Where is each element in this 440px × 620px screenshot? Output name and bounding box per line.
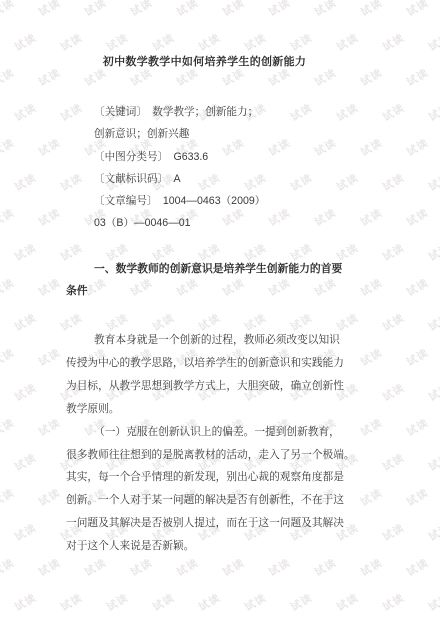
- watermark-text: 试读: [82, 555, 109, 579]
- watermark-text: 试读: [426, 590, 440, 614]
- watermark-text: 试读: [288, 100, 315, 124]
- watermark-text: 试读: [12, 380, 39, 404]
- article-metadata-block: 〔关键词〕 数学教学；创新能力；创新意识；创新兴趣〔中图分类号〕 G633.6〔…: [94, 101, 265, 235]
- text-line: 一、数学教师的创新意识是培养学生创新能力的首要: [66, 258, 356, 280]
- watermark-text: 试读: [312, 0, 339, 20]
- watermark-text: 试读: [404, 275, 431, 299]
- watermark-text: 试读: [36, 345, 63, 369]
- watermark-text: 试读: [0, 135, 17, 159]
- text-line: 教学原则。: [66, 398, 356, 421]
- text-line: 03（B）—0046—01: [94, 212, 265, 234]
- watermark-text: 试读: [266, 205, 293, 229]
- watermark-text: 试读: [380, 450, 407, 474]
- watermark-text: 试读: [150, 30, 177, 54]
- watermark-text: 试读: [334, 590, 361, 614]
- text-line: 〔中图分类号〕 G633.6: [94, 146, 265, 168]
- document-page: 试读试读试读试读试读试读试读试读试读试读试读试读试读试读试读试读试读试读试读试读…: [0, 0, 440, 620]
- watermark-text: 试读: [358, 485, 385, 509]
- watermark-text: 试读: [36, 555, 63, 579]
- watermark-text: 试读: [36, 485, 63, 509]
- watermark-text: 试读: [0, 555, 17, 579]
- watermark-text: 试读: [242, 30, 269, 54]
- text-line: 一问题及其解决是否被别人提过，而在于这一问题及其解决: [66, 512, 356, 535]
- watermark-text: 试读: [426, 240, 440, 264]
- watermark-text: 试读: [404, 345, 431, 369]
- watermark-text: 试读: [426, 520, 440, 544]
- watermark-text: 试读: [0, 205, 17, 229]
- paragraph-1: 教育本身就是一个创新的过程，教师必须改变以知识传授为中心的教学思路，以培养学生的…: [66, 329, 356, 421]
- text-line: 很多教师往往想到的是脱离教材的活动，走入了另一个极端。: [66, 444, 356, 467]
- watermark-text: 试读: [358, 0, 385, 20]
- watermark-text: 试读: [36, 135, 63, 159]
- watermark-text: 试读: [58, 170, 85, 194]
- watermark-text: 试读: [36, 0, 63, 20]
- text-line: 传授为中心的教学思路，以培养学生的创新意识和实践能力: [66, 352, 356, 375]
- watermark-text: 试读: [82, 0, 109, 20]
- text-line: 创新。一个人对于某一问题的解决是否有创新性，不在于这: [66, 489, 356, 512]
- watermark-text: 试读: [380, 310, 407, 334]
- watermark-text: 试读: [12, 170, 39, 194]
- watermark-text: 试读: [426, 450, 440, 474]
- watermark-text: 试读: [404, 0, 431, 20]
- watermark-text: 试读: [288, 30, 315, 54]
- text-line: （一）克服在创新认识上的偏差。一提到创新教育，: [66, 421, 356, 444]
- watermark-text: 试读: [58, 30, 85, 54]
- watermark-text: 试读: [426, 100, 440, 124]
- watermark-text: 试读: [36, 415, 63, 439]
- watermark-text: 试读: [12, 310, 39, 334]
- watermark-text: 试读: [334, 100, 361, 124]
- watermark-text: 试读: [12, 100, 39, 124]
- watermark-text: 试读: [0, 0, 17, 20]
- watermark-text: 试读: [380, 170, 407, 194]
- paragraph-2: （一）克服在创新认识上的偏差。一提到创新教育，很多教师往往想到的是脱离教材的活动…: [66, 421, 356, 558]
- watermark-text: 试读: [380, 590, 407, 614]
- text-line: 其实，每一个合乎情理的新发现，别出心裁的观察角度都是: [66, 466, 356, 489]
- watermark-text: 试读: [380, 520, 407, 544]
- text-line: 〔文献标识码〕 A: [94, 168, 265, 190]
- watermark-text: 试读: [426, 30, 440, 54]
- watermark-text: 试读: [312, 205, 339, 229]
- watermark-text: 试读: [220, 0, 247, 20]
- watermark-text: 试读: [0, 275, 17, 299]
- watermark-text: 试读: [36, 65, 63, 89]
- watermark-text: 试读: [150, 590, 177, 614]
- watermark-text: 试读: [358, 345, 385, 369]
- watermark-text: 试读: [104, 30, 131, 54]
- watermark-text: 试读: [380, 240, 407, 264]
- watermark-text: 试读: [128, 555, 155, 579]
- watermark-text: 试读: [12, 450, 39, 474]
- text-line: 条件: [66, 280, 356, 302]
- watermark-text: 试读: [380, 100, 407, 124]
- watermark-text: 试读: [242, 590, 269, 614]
- text-line: 〔关键词〕 数学教学；创新能力；: [94, 101, 265, 123]
- watermark-text: 试读: [266, 555, 293, 579]
- watermark-text: 试读: [312, 555, 339, 579]
- watermark-text: 试读: [266, 0, 293, 20]
- text-line: 对于这个人来说是否新颖。: [66, 535, 356, 558]
- watermark-text: 试读: [196, 590, 223, 614]
- watermark-text: 试读: [358, 65, 385, 89]
- watermark-text: 试读: [358, 555, 385, 579]
- text-line: 〔文章编号〕 1004—0463（2009）: [94, 190, 265, 212]
- watermark-text: 试读: [312, 135, 339, 159]
- watermark-text: 试读: [380, 30, 407, 54]
- watermark-text: 试读: [266, 135, 293, 159]
- watermark-text: 试读: [404, 205, 431, 229]
- watermark-text: 试读: [0, 345, 17, 369]
- watermark-text: 试读: [220, 555, 247, 579]
- watermark-text: 试读: [0, 415, 17, 439]
- watermark-text: 试读: [12, 520, 39, 544]
- watermark-text: 试读: [12, 240, 39, 264]
- watermark-text: 试读: [12, 30, 39, 54]
- watermark-text: 试读: [334, 30, 361, 54]
- watermark-text: 试读: [0, 65, 17, 89]
- watermark-text: 试读: [36, 205, 63, 229]
- watermark-text: 试读: [0, 485, 17, 509]
- watermark-text: 试读: [58, 590, 85, 614]
- watermark-text: 试读: [174, 0, 201, 20]
- section-heading: 一、数学教师的创新意识是培养学生创新能力的首要条件: [66, 258, 356, 303]
- watermark-text: 试读: [128, 0, 155, 20]
- text-line: 创新意识；创新兴趣: [94, 123, 265, 145]
- watermark-text: 试读: [404, 415, 431, 439]
- watermark-text: 试读: [404, 65, 431, 89]
- article-title: 初中数学教学中如何培养学生的创新能力: [66, 53, 343, 69]
- watermark-text: 试读: [196, 30, 223, 54]
- watermark-text: 试读: [58, 100, 85, 124]
- watermark-text: 试读: [358, 415, 385, 439]
- watermark-text: 试读: [288, 590, 315, 614]
- watermark-text: 试读: [12, 590, 39, 614]
- watermark-text: 试读: [174, 555, 201, 579]
- watermark-text: 试读: [358, 135, 385, 159]
- watermark-text: 试读: [288, 170, 315, 194]
- watermark-text: 试读: [404, 485, 431, 509]
- watermark-text: 试读: [426, 170, 440, 194]
- watermark-text: 试读: [404, 555, 431, 579]
- article-body: 教育本身就是一个创新的过程，教师必须改变以知识传授为中心的教学思路，以培养学生的…: [66, 329, 356, 558]
- text-line: 为目标，从教学思想到教学方式上，大胆突破，确立创新性: [66, 375, 356, 398]
- watermark-text: 试读: [404, 135, 431, 159]
- watermark-text: 试读: [334, 170, 361, 194]
- text-line: 教育本身就是一个创新的过程，教师必须改变以知识: [66, 329, 356, 352]
- watermark-text: 试读: [380, 380, 407, 404]
- watermark-text: 试读: [426, 310, 440, 334]
- watermark-text: 试读: [426, 380, 440, 404]
- watermark-text: 试读: [358, 205, 385, 229]
- watermark-text: 试读: [358, 275, 385, 299]
- watermark-text: 试读: [104, 590, 131, 614]
- watermark-text: 试读: [36, 275, 63, 299]
